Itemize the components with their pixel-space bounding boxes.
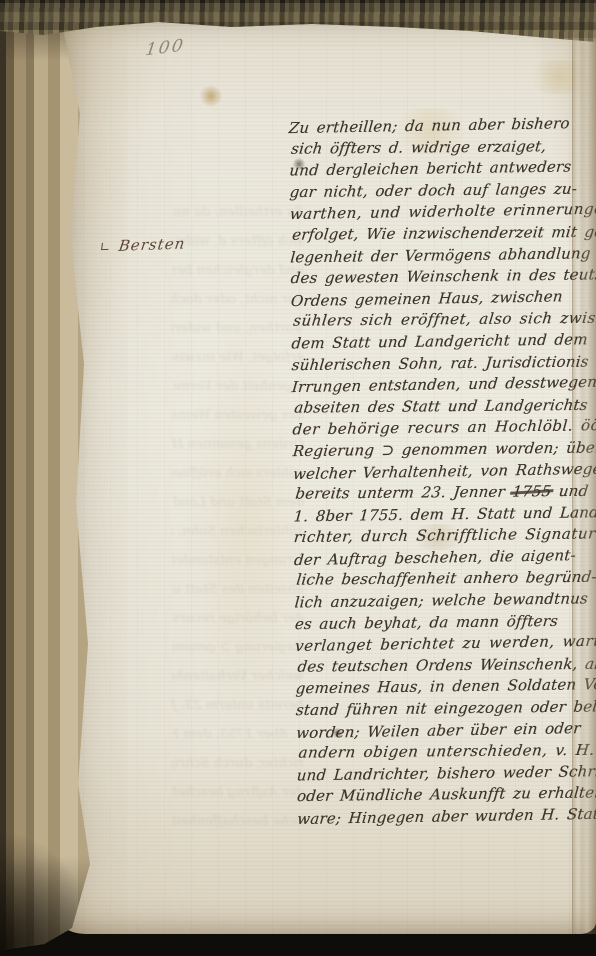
book-scan: Zu ertheillen; da nun aber bisherosich ö… <box>0 0 596 956</box>
margin-note: ∟Bersten <box>98 235 186 256</box>
manuscript-line: bereits unterm 23. Jenner 1755 und <box>294 480 596 505</box>
manuscript-line: erfolget, Wie inzwischenderzeit mit ge- <box>291 221 596 246</box>
manuscript-page: Zu ertheillen; da nun aber bisherosich ö… <box>56 12 596 934</box>
paper-stain <box>184 312 304 742</box>
manuscript-line: andern obigen unterschieden, v. H. Statt <box>297 739 596 764</box>
page-fold <box>572 12 596 934</box>
insertion-mark: ∟ <box>98 240 112 255</box>
ink-bleedthrough: Zu ertheillen; da nun aber bisherosich ö… <box>172 198 304 848</box>
paper-stain <box>198 86 224 106</box>
manuscript-text: Zu ertheillen; da nun aber bisherosich ö… <box>289 113 596 830</box>
page-number: 100 <box>144 36 186 61</box>
margin-note-label: Bersten <box>118 235 187 255</box>
